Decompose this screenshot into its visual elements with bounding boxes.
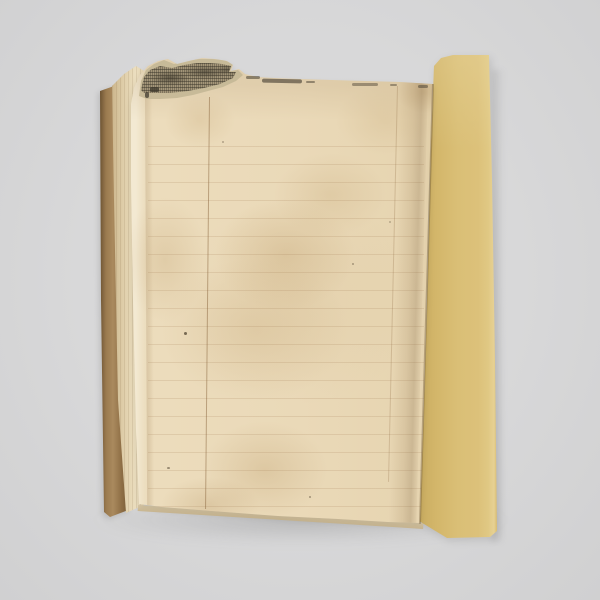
foxing-dot (222, 141, 224, 143)
page-shadow-wrap (0, 0, 600, 600)
foxing-dot (309, 496, 311, 498)
dirt-speck (246, 76, 260, 79)
blank-ledger-page (0, 0, 600, 600)
foxing-dot (352, 263, 354, 265)
dirt-speck (150, 87, 159, 92)
dirt-speck (390, 84, 397, 86)
horizontal-rule-lines (148, 146, 424, 512)
foxing-dot (389, 221, 391, 223)
dirt-speck (352, 83, 378, 86)
dirt-speck (145, 92, 149, 98)
dirt-speck (418, 85, 428, 88)
foxing-dot (167, 467, 170, 469)
dirt-speck (262, 79, 302, 84)
foxing-dot (184, 332, 187, 335)
dirt-speck (306, 81, 315, 83)
book-photograph (0, 0, 600, 600)
